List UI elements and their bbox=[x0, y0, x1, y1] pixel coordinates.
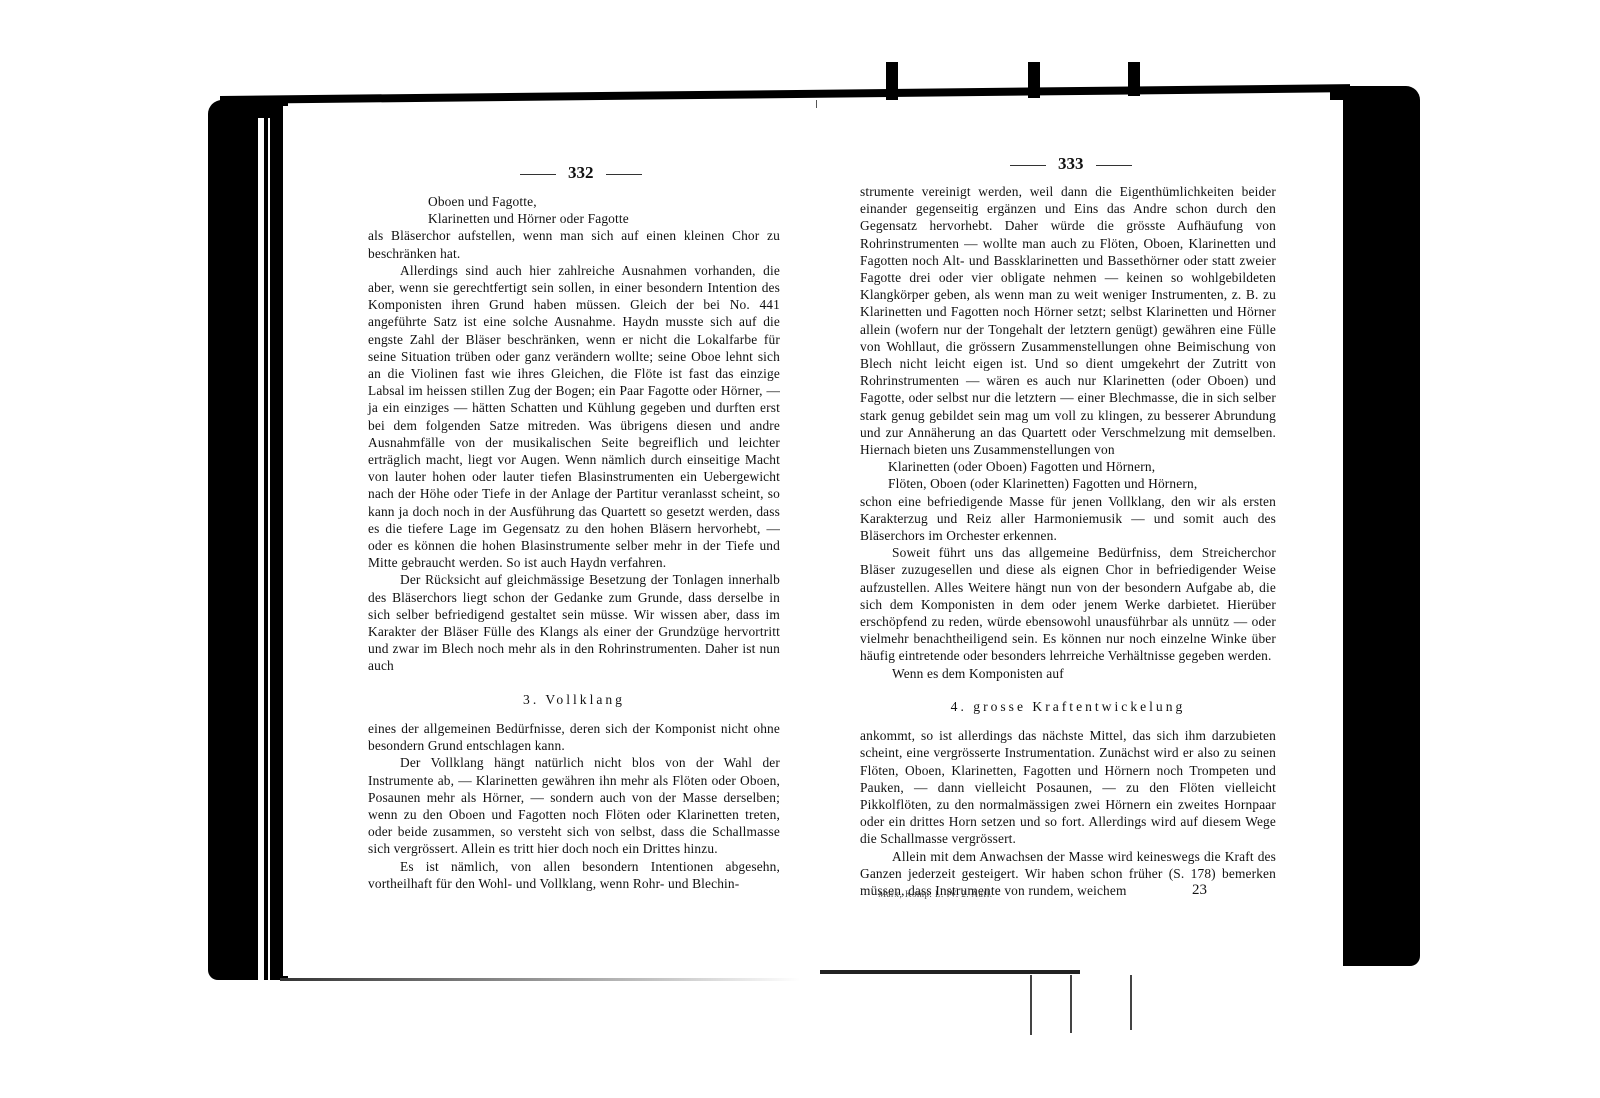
book-cover-left-edge bbox=[208, 100, 288, 980]
section-heading: 4. grosse Kraftentwickelung bbox=[860, 698, 1276, 715]
clamp-stub bbox=[1030, 975, 1032, 1035]
clamp-right bbox=[1128, 62, 1140, 96]
left-page-bottom-edge bbox=[280, 978, 800, 981]
right-page-bottom-edge bbox=[820, 970, 1080, 974]
paragraph: Allerdings sind auch hier zahlreiche Aus… bbox=[368, 262, 780, 572]
paragraph: Soweit führt uns das allgemeine Bedürfni… bbox=[860, 544, 1276, 664]
paragraph: Es ist nämlich, von allen besondern Inte… bbox=[368, 858, 780, 892]
book-spine bbox=[816, 100, 817, 108]
paragraph: ankommt, so ist allerdings das nächste M… bbox=[860, 727, 1276, 847]
left-page-text: Oboen und Fagotte, Klarinetten und Hörne… bbox=[368, 193, 780, 892]
right-page-text: strumente vereinigt werden, weil dann di… bbox=[860, 183, 1276, 899]
clamp-stub bbox=[1070, 975, 1072, 1033]
book-cover-right-edge bbox=[1330, 86, 1420, 966]
verse-line: Flöten, Oboen (oder Klarinetten) Fagotte… bbox=[860, 475, 1276, 492]
clamp-middle bbox=[1028, 62, 1040, 98]
paragraph: als Bläserchor aufstellen, wenn man sich… bbox=[368, 227, 780, 261]
verse-line: Klarinetten (oder Oboen) Fagotten und Hö… bbox=[860, 458, 1276, 475]
footer-sheet-number: 23 bbox=[1192, 882, 1207, 899]
footer-signature: Marx, Komp. L. IV. 2. Aufl. bbox=[878, 889, 993, 899]
paragraph: schon eine befriedigende Masse für jenen… bbox=[860, 493, 1276, 545]
verse-line: Oboen und Fagotte, bbox=[368, 193, 780, 210]
paragraph: Der Rücksicht auf gleichmässige Besetzun… bbox=[368, 571, 780, 674]
clamp-stub bbox=[1130, 975, 1132, 1030]
page-number-right: 333 bbox=[998, 154, 1144, 174]
page-stack-left-inner bbox=[268, 118, 270, 980]
clamp-left bbox=[886, 62, 898, 102]
page-stack-left bbox=[258, 118, 264, 980]
page-number-left: 332 bbox=[508, 163, 654, 183]
paragraph: eines der allgemeinen Bedürfnisse, deren… bbox=[368, 720, 780, 754]
paragraph: Der Vollklang hängt natürlich nicht blos… bbox=[368, 754, 780, 857]
section-heading: 3. Vollklang bbox=[368, 691, 780, 708]
paragraph: Wenn es dem Komponisten auf bbox=[860, 665, 1276, 682]
paragraph: strumente vereinigt werden, weil dann di… bbox=[860, 183, 1276, 458]
verse-line: Klarinetten und Hörner oder Fagotte bbox=[368, 210, 780, 227]
